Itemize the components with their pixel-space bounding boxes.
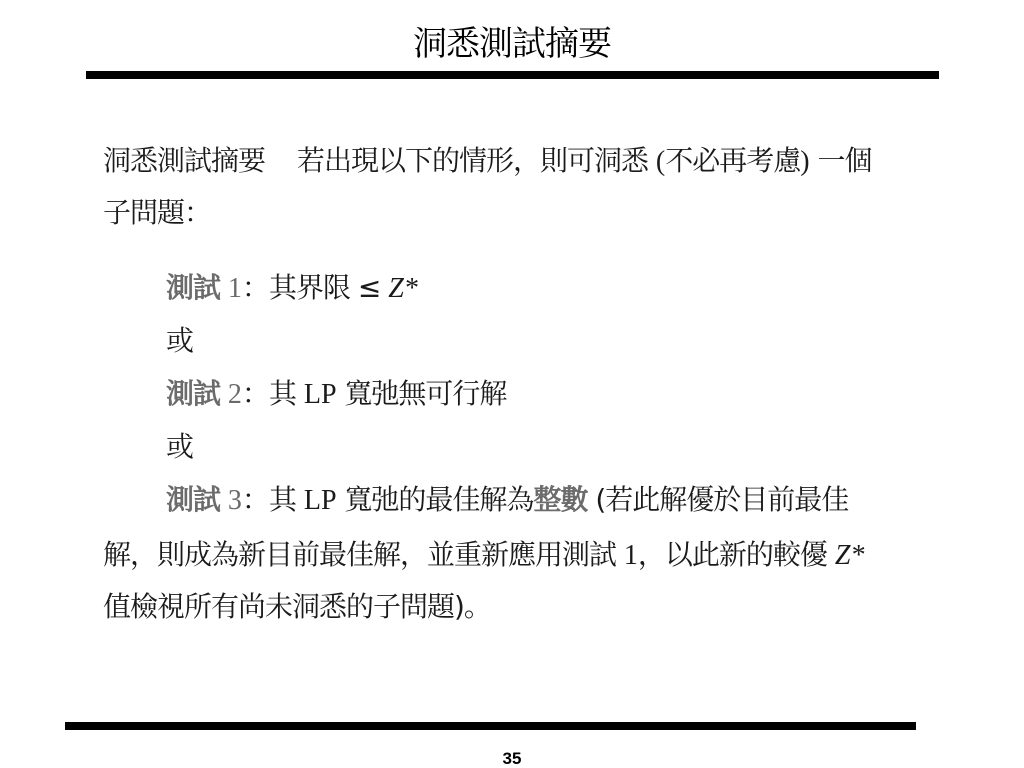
emphasis-integer: 整數 [533,483,587,516]
test-3-continuation-2: 值檢視所有尚未洞悉的子問題)。 [103,587,491,627]
test-label: 測試 [166,271,220,304]
z-star-variable: Z* [388,273,418,304]
test-number: 2 [228,379,242,410]
test-number: 3 [228,485,242,516]
slide-title: 洞悉測試摘要 [0,22,1024,66]
test-number: 1 [228,273,242,304]
test-3: 測試 3：其 LP 寬弛的最佳解為整數 (若此解優於目前最佳 [166,480,848,521]
test-label: 測試 [166,483,220,516]
z-star-variable: Z* [835,540,865,571]
intro-text-a: 若出現以下的情形，則可洞悉 [297,144,656,177]
intro-lead: 洞悉測試摘要 [103,144,265,177]
page-number: 35 [0,749,1024,768]
test-label: 測試 [166,377,220,410]
footer-rule [65,722,916,730]
intro-line-1: 洞悉測試摘要若出現以下的情形，則可洞悉 (不必再考慮) 一個 [103,141,872,182]
test-2: 測試 2：其 LP 寬弛無可行解 [166,374,506,415]
title-underline-rule [86,71,939,79]
test-1: 測試 1：其界限 ≤ Z* [166,268,418,309]
intro-line-2: 子問題： [103,193,211,233]
test-3-continuation-1: 解，則成為新目前最佳解，並重新應用測試 1，以此新的較優 Z* [103,535,864,576]
connector-or-1: 或 [166,321,193,361]
connector-or-2: 或 [166,427,193,467]
